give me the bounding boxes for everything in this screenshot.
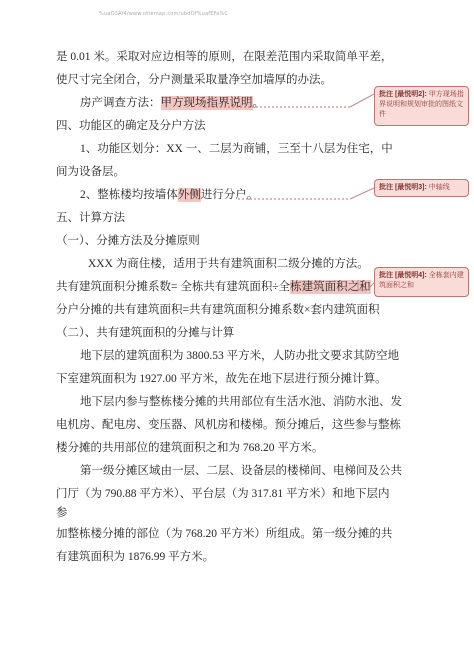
section-heading: （一）、分摊方法及分摊原则 <box>56 230 416 253</box>
paragraph-line: 下室建筑面积为 1927.00 平方米，故先在地下层进行预分摊计算。 <box>56 368 416 391</box>
paragraph-line: 地下层的建筑面积为 3800.53 平方米，人防办批文要求其防空地 <box>56 345 416 368</box>
highlighted-text[interactable]: 栋建筑面积之和 <box>290 280 371 294</box>
comment-label: 批注 [最悦明2]: <box>379 91 427 98</box>
paragraph-line: 分户分摊的共有建筑面积=共有建筑面积分摊系数×套内建筑面积 <box>56 299 416 322</box>
paragraph-line: 使尺寸完全闭合，分户测量采取量净空加墙厚的办法。 <box>56 69 416 92</box>
paragraph-line: XXX 为商住楼，适用于共有建筑面积二级分摊的方法。 <box>56 253 416 276</box>
paragraph-line: 电机房、配电房、变压器、风机房和楼梯。预分摊后，这些参与整栋 <box>56 414 416 437</box>
comment-box-1[interactable]: 批注 [最悦明2]: 甲方现场指界说明和规划审批的图纸文件 <box>374 86 469 126</box>
paragraph-line: 1、功能区划分：XX 一、二层为商铺，三至十八层为住宅，中 <box>56 138 416 161</box>
section-heading: 四、功能区的确定及分户方法 <box>56 115 416 138</box>
section-heading: （二）、共有建筑面积的分摊与计算 <box>56 322 416 345</box>
paragraph-text: 共有建筑面积分摊系数= 全栋共有建筑面积÷全 <box>56 281 290 293</box>
comment-box-2[interactable]: 批注 [最悦明3]: 中轴线 <box>374 179 469 197</box>
paragraph-line: 参 <box>56 506 416 523</box>
paragraph-line: 共有建筑面积分摊系数= 全栋共有建筑面积÷全栋建筑面积之和 <box>56 276 416 299</box>
comment-text: 中轴线 <box>429 184 450 191</box>
comment-box-3[interactable]: 批注 [最悦明4]: 全栋套内建筑面积之和 <box>374 267 469 297</box>
section-heading: 五、计算方法 <box>56 207 416 230</box>
paragraph-line: 间为设备层。 <box>56 161 416 184</box>
document-body: 是 0.01 米。采取对应边相等的原则，在限差范围内采取简单平差， 使尺寸完全闭… <box>56 46 416 569</box>
highlighted-text[interactable]: 甲方现场指界说明 <box>161 96 253 110</box>
paragraph-line: 房产调查方法：甲方现场指界说明。 <box>56 92 416 115</box>
header-url-text: %uaO3Af4/www.ottemap.com/ubdOf%uafEFa%C <box>99 11 228 17</box>
paragraph-line: 门厅（为 790.88 平方米）、平台层（为 317.81 平方米）和地下层内 <box>56 483 416 506</box>
paragraph-line: 楼分摊的共用部位的建筑面积之和为 768.20 平方米。 <box>56 437 416 460</box>
paragraph-text: 房产调查方法： <box>80 97 161 109</box>
highlighted-text[interactable]: 外侧 <box>178 188 201 202</box>
paragraph-text: 进行分户。 <box>201 189 259 201</box>
paragraph-line: 有建筑面积为 1876.99 平方米。 <box>56 546 416 569</box>
paragraph-text: 。 <box>253 97 265 109</box>
paragraph-line: 是 0.01 米。采取对应边相等的原则，在限差范围内采取简单平差， <box>56 46 416 69</box>
paragraph-line: 地下层内参与整栋楼分摊的共用部位有生活水池、消防水池、发 <box>56 391 416 414</box>
paragraph-line: 第一级分摊区域由一层、二层、设备层的楼梯间、电梯间及公共 <box>56 460 416 483</box>
paragraph-line: 2、整栋楼均按墙体外侧进行分户。 <box>56 184 416 207</box>
paragraph-text: 2、整栋楼均按墙体 <box>80 189 178 201</box>
comment-label: 批注 [最悦明4]: <box>379 272 427 279</box>
paragraph-line: 加整栋楼分摊的部位（为 768.20 平方米）所组成。第一级分摊的共 <box>56 523 416 546</box>
comment-label: 批注 [最悦明3]: <box>379 184 427 191</box>
